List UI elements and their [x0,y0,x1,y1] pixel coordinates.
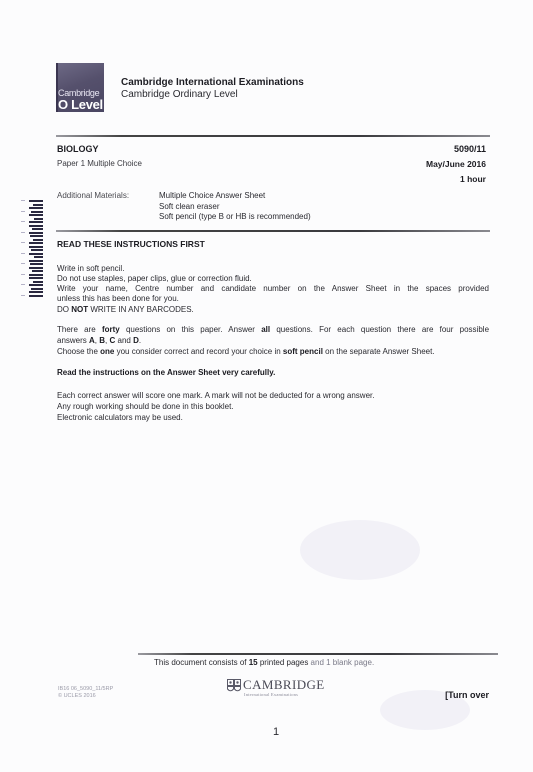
qualification-level: Cambridge Ordinary Level [121,89,238,100]
text-run-bold: one [100,347,114,356]
text-run: and 1 blank page. [308,658,374,667]
paper-name: Paper 1 Multiple Choice [57,159,142,168]
barcode-bar [31,211,43,213]
document-reference: IB16 06_5090_11/5RP © UCLES 2016 [58,686,113,700]
barcode-bar [33,281,43,283]
barcode-bar [29,246,43,248]
instruction-line: answers A, B, C and D. [57,336,141,345]
barcode-tick [21,211,25,212]
text-run: questions on this paper. Answer [120,325,262,334]
instruction-line: Do not use staples, paper clips, glue or… [57,274,252,283]
instruction-line: Write your name, Centre number and candi… [57,284,489,293]
instruction-line: Choose the one you consider correct and … [57,347,435,356]
barcode-bar [29,295,43,297]
publisher-name: CAMBRIDGE [243,677,325,693]
text-run: printed pages [258,658,309,667]
cambridge-o-level-logo: Cambridge O Level [56,63,104,112]
material-item: Multiple Choice Answer Sheet [159,191,311,202]
reference-code: IB16 06_5090_11/5RP [58,686,113,693]
instruction-line: Read the instructions on the Answer Shee… [57,368,275,377]
barcode-bar [31,288,43,290]
instructions-heading: READ THESE INSTRUCTIONS FIRST [57,239,205,249]
barcode-bar [30,263,43,265]
instruction-line: Write in soft pencil. [57,264,124,273]
barcode-bar [32,270,43,272]
barcode-bar [29,291,43,293]
text-run: answers [57,336,89,345]
barcode-bar [29,253,43,255]
text-run: questions. For each question there are f… [270,325,489,334]
logo-line-2: O Level [58,97,103,112]
text-run: DO [57,305,71,314]
barcode-bar [29,277,43,279]
text-run-bold: all [261,325,270,334]
barcode-bar [29,242,43,244]
text-run-bold: 15 [249,658,258,667]
text-run: There are [57,325,102,334]
material-item: Soft pencil (type B or HB is recommended… [159,212,311,223]
turn-over-note: [Turn over [445,690,489,700]
instruction-line: Each correct answer will score one mark.… [57,391,374,400]
page-count-note: This document consists of 15 printed pag… [154,658,374,667]
additional-materials-list: Multiple Choice Answer Sheet Soft clean … [159,191,311,223]
instruction-line: Electronic calculators may be used. [57,413,183,422]
barcode-tick [21,200,25,201]
barcode-tick [21,253,25,254]
instructions-divider [56,230,490,232]
text-run-bold: NOT [71,305,88,314]
barcode-bar [33,204,43,206]
barcode-bar [31,249,43,251]
exam-cover-page: Cambridge O Level Cambridge Internationa… [0,0,533,772]
barcode-bar [29,267,43,269]
barcode-bar [33,239,43,241]
paper-smudge [300,520,420,580]
material-item: Soft clean eraser [159,202,311,213]
syllabus-code: 5090/11 [454,144,486,154]
barcode-bar [29,207,43,209]
barcode-tick [21,232,25,233]
additional-materials-label: Additional Materials: [57,191,129,200]
instruction-line: DO NOT WRITE IN ANY BARCODES. [57,305,194,314]
barcode-bar [29,274,43,276]
text-run-bold: the instructions on the Answer Sheet ver… [79,368,276,377]
barcode-tick [21,274,25,275]
text-run-bold: Read [57,368,79,377]
barcode-strip [19,200,45,300]
barcode-bar [29,221,43,223]
subject-title: BIOLOGY [57,144,99,154]
barcode-bar [29,200,43,202]
publisher-tagline: International Examinations [244,692,298,697]
text-run-bold: soft pencil [283,347,323,356]
cambridge-shield-icon [227,679,241,693]
barcode-bar [29,225,43,227]
exam-session: May/June 2016 [426,159,486,169]
text-run: on the separate Answer Sheet. [323,347,435,356]
barcode-tick [21,263,25,264]
barcode-tick [21,284,25,285]
barcode-tick [21,221,25,222]
copyright-notice: © UCLES 2016 [58,693,113,700]
barcode-bar [34,218,43,220]
text-run: This document consists of [154,658,249,667]
barcode-bar [29,232,43,234]
footer-divider [138,653,498,655]
barcode-tick [21,242,25,243]
barcode-bar [34,256,43,258]
cambridge-publisher-logo: CAMBRIDGE International Examinations [227,677,347,701]
page-number: 1 [273,726,279,738]
text-run-bold: forty [102,325,120,334]
text-run: WRITE IN ANY BARCODES. [88,305,194,314]
instruction-line: There are forty questions on this paper.… [57,325,489,334]
text-run: . [139,336,141,345]
barcode-bar [29,214,43,216]
barcode-bar [30,235,43,237]
barcode-bar [29,260,43,262]
barcode-tick [21,295,25,296]
text-run: Choose the [57,347,100,356]
text-run: and [115,336,133,345]
instruction-line: Any rough working should be done in this… [57,402,234,411]
text-run: you consider correct and record your cho… [114,347,283,356]
header-divider [56,135,490,137]
barcode-bar [32,228,43,230]
board-title: Cambridge International Examinations [121,77,304,88]
barcode-bar [29,284,43,286]
instruction-line: unless this has been done for you. [57,294,179,303]
exam-duration: 1 hour [460,174,486,184]
